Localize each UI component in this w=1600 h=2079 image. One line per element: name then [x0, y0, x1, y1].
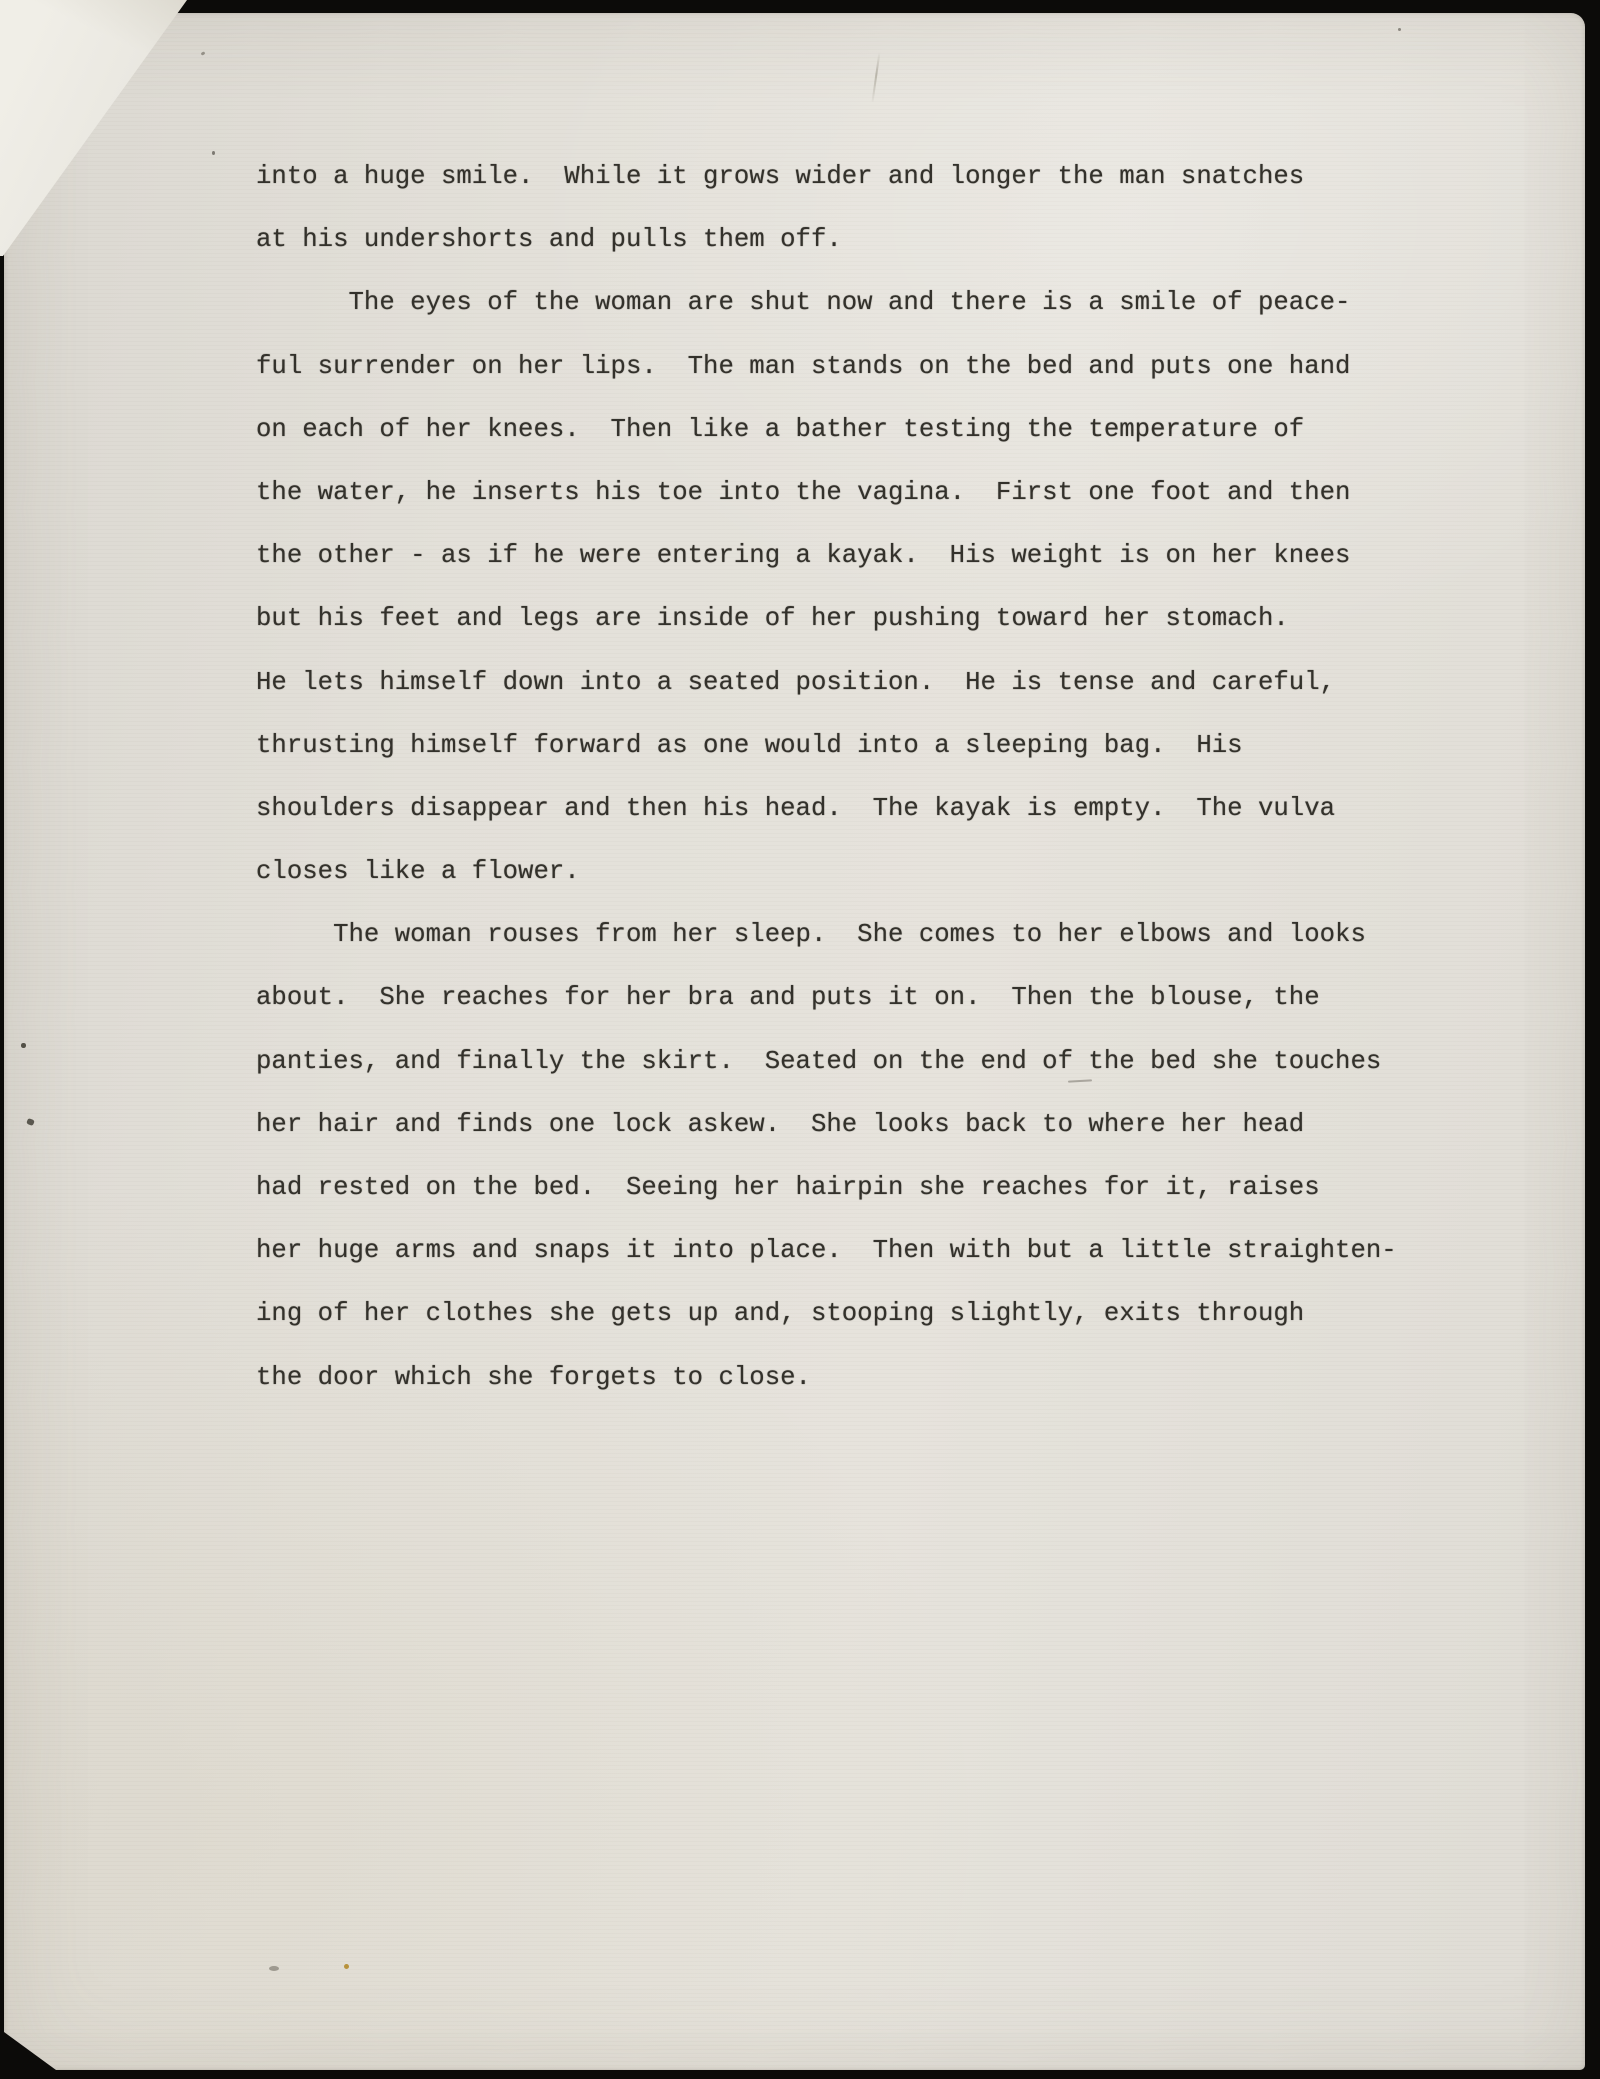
typescript-line: the door which she forgets to close. [256, 1346, 1397, 1409]
typescript-line: at his undershorts and pulls them off. [256, 208, 1397, 271]
typescript-line: closes like a flower. [256, 840, 1397, 903]
typescript-line: ing of her clothes she gets up and, stoo… [256, 1282, 1397, 1345]
typescript: into a huge smile. While it grows wider … [256, 145, 1397, 1409]
typescript-line: the water, he inserts his toe into the v… [256, 461, 1397, 524]
typescript-line: The eyes of the woman are shut now and t… [256, 271, 1397, 334]
typescript-line: The woman rouses from her sleep. She com… [256, 903, 1397, 966]
paper-stain [344, 1964, 349, 1969]
typescript-line: thrusting himself forward as one would i… [256, 714, 1397, 777]
ink-speck [21, 1043, 26, 1048]
typescript-line: had rested on the bed. Seeing her hairpi… [256, 1156, 1397, 1219]
typescript-line: panties, and finally the skirt. Seated o… [256, 1030, 1397, 1093]
typescript-line: her huge arms and snaps it into place. T… [256, 1219, 1397, 1282]
ink-speck [1398, 28, 1401, 31]
typescript-line: into a huge smile. While it grows wider … [256, 145, 1397, 208]
scanned-page-background: { "document": { "kind": "typewritten-man… [0, 0, 1600, 2079]
typescript-line: about. She reaches for her bra and puts … [256, 966, 1397, 1029]
typescript-line: but his feet and legs are inside of her … [256, 587, 1397, 650]
typescript-line: the other - as if he were entering a kay… [256, 524, 1397, 587]
paper-smudge [269, 1966, 279, 1971]
typescript-line: on each of her knees. Then like a bather… [256, 398, 1397, 461]
ink-speck [212, 151, 215, 155]
paper-bottom-left-cut [4, 2032, 56, 2070]
typescript-line: shoulders disappear and then his head. T… [256, 777, 1397, 840]
typescript-line: ful surrender on her lips. The man stand… [256, 335, 1397, 398]
typescript-line: her hair and finds one lock askew. She l… [256, 1093, 1397, 1156]
typescript-line: He lets himself down into a seated posit… [256, 651, 1397, 714]
